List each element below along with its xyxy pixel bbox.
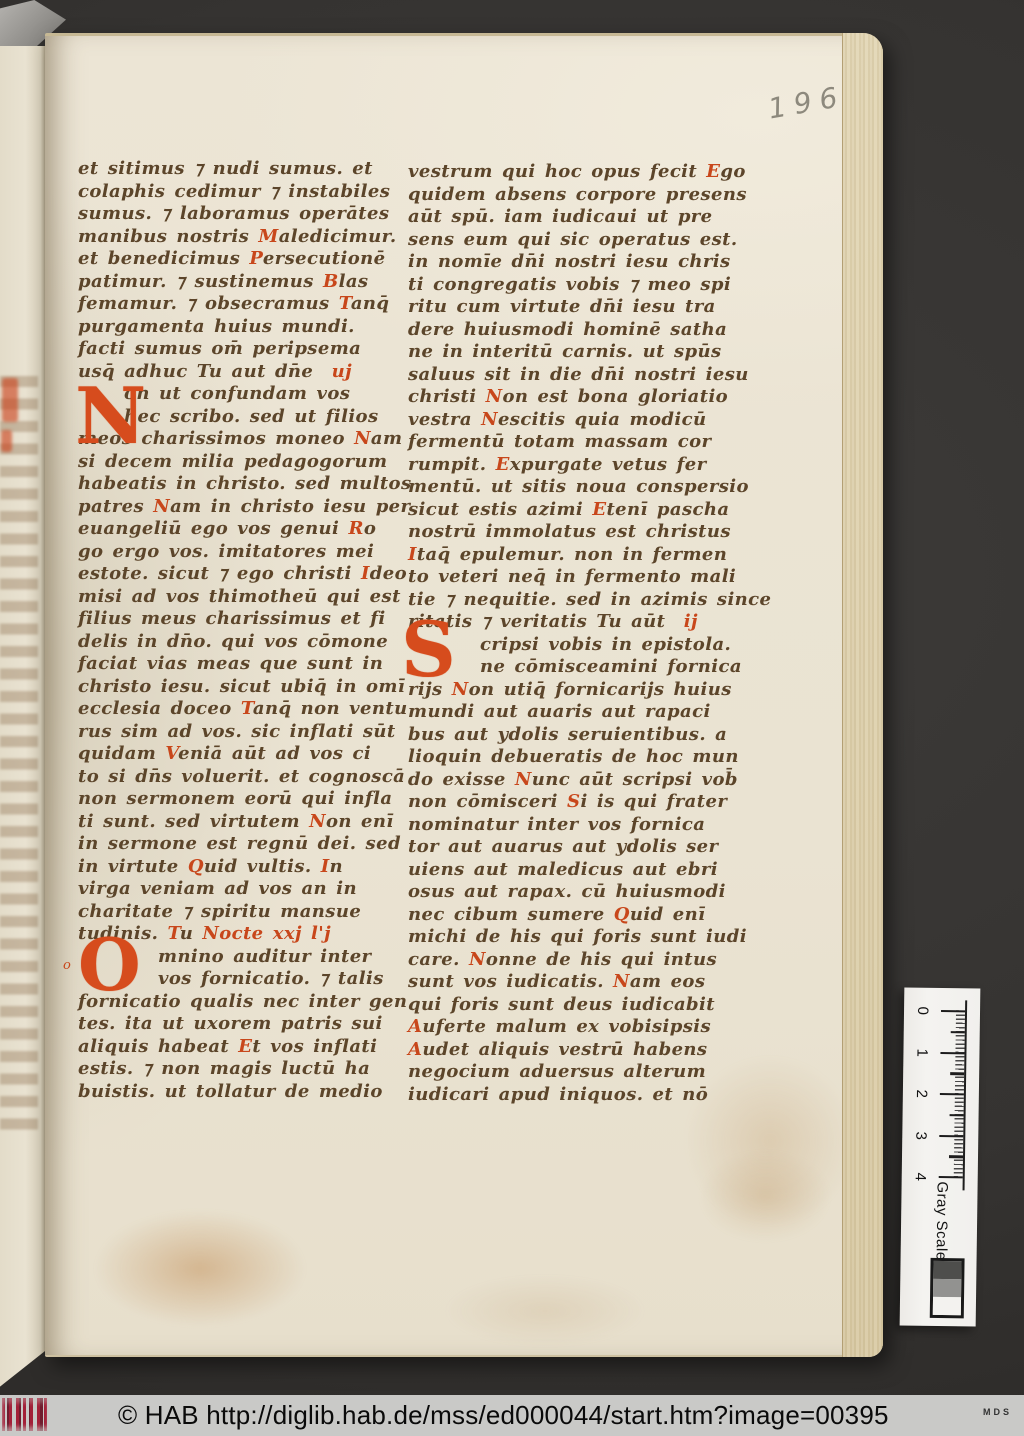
manuscript-line: saluus sit in die dn̄i nostri iesu (408, 364, 756, 387)
ink-text: in virtute (78, 856, 188, 877)
ink-text: rus sim ad vos. sic inflati sūt (78, 721, 396, 742)
rubric-text: R (348, 518, 363, 539)
ink-text: am eos (630, 971, 705, 992)
manuscript-line: tie ⁊ nequitie. sed in azimis since (408, 589, 756, 612)
ruler-tick-major (941, 1010, 965, 1013)
manuscript-line: in virtute Quid vultis. In (78, 856, 404, 879)
ink-text: iudicari apud iniquos. et nō (408, 1084, 708, 1105)
ink-text: ne in interitū carnis. ut spūs (408, 341, 721, 362)
manuscript-line: Itaq̄ epulemur. non in fermen (408, 544, 756, 567)
manuscript-line: nominatur inter vos fornica (408, 814, 756, 837)
parchment-stain (445, 1276, 645, 1346)
ink-text: escitis quia modicū (498, 409, 707, 430)
manuscript-line: iudicari apud iniquos. et nō (408, 1084, 756, 1107)
ink-text: charitate ⁊ spiritu mansue (78, 901, 361, 922)
ink-text: on enī (326, 811, 394, 832)
manuscript-line: virga veniam ad vos an in (78, 878, 404, 901)
ink-text: vestrum qui hoc opus fecit (408, 161, 706, 182)
ink-text: n (330, 856, 344, 877)
showthrough-rubric (1, 430, 12, 452)
ink-text: et sitimus ⁊ nudi sumus. et (78, 158, 373, 179)
ink-text: in nomīe dn̄i nostri iesu chris (408, 251, 731, 272)
ink-text: delis in dn̄o. qui vos cōmone (78, 631, 388, 652)
ink-text: in sermone est regnū dei. sed (78, 833, 401, 854)
ink-text: misi ad vos thimotheū qui est (78, 586, 401, 607)
manuscript-line: misi ad vos thimotheū qui est (78, 586, 404, 609)
ink-text: onne de his qui intus (486, 949, 717, 970)
ruler-tick-half (951, 1031, 965, 1034)
manuscript-line: ne cōmisceamini fornica (408, 656, 756, 679)
manuscript-line: estote. sicut ⁊ ego christi Ideo (78, 563, 404, 586)
ink-text: ecclesia doceo (78, 698, 241, 719)
manuscript-line: estis. ⁊ non magis luctū ha (78, 1058, 404, 1081)
manuscript-line: filius meus charissimus et fi (78, 608, 404, 631)
ruler-tick-major (940, 1051, 964, 1054)
manuscript-line: ne in interitū carnis. ut spūs (408, 341, 756, 364)
rubric-text: ij (684, 611, 698, 632)
manuscript-line: ecclesia doceo Tanq̄ non ventu (78, 698, 404, 721)
ink-text: cripsi vobis in epistola. (480, 634, 731, 655)
manuscript-line: rus sim ad vos. sic inflati sūt (78, 721, 404, 744)
ink-text: ti congregatis vobis ⁊ meo spi (408, 274, 731, 295)
ruler-tick-major (940, 1093, 964, 1096)
manuscript-line: uiens aut maledicus aut ebri (408, 859, 756, 882)
ink-text: go (720, 161, 745, 182)
parchment-stain (95, 1211, 305, 1326)
photo-canvas: 196 et sitimus ⁊ nudi sumus. etcolaphis … (0, 0, 1024, 1436)
gray-scale-card: 01234 Gray Scale (900, 987, 981, 1326)
ink-text: michi de his qui foris sunt iudi (408, 926, 747, 947)
rubric-text: Nocte xxj l'j (202, 923, 331, 944)
manuscript-line: go ergo vos. imitatores mei (78, 541, 404, 564)
manuscript-line: sicut estis azimi Etenī pascha (408, 499, 756, 522)
manuscript-line: do exisse Nunc aūt scripsi vob̄ (408, 769, 756, 792)
ink-text: femamur. ⁊ obsecramus (78, 293, 339, 314)
ruler-tick-half (950, 1114, 964, 1117)
ink-text: ti sunt. sed virtutem (78, 811, 309, 832)
manuscript-line: ti congregatis vobis ⁊ meo spi (408, 274, 756, 297)
ink-text: mnino auditur inter (158, 946, 371, 967)
drop-cap-initial: S (401, 618, 456, 683)
color-calibration-barcode (2, 1398, 49, 1431)
manuscript-line: facti sumus om̄ peripsema (78, 338, 404, 361)
manuscript-line: ritu cum virtute dn̄i iesu tra (408, 296, 756, 319)
rubric-text: A (408, 1039, 422, 1060)
ink-text: rumpit. (408, 454, 496, 475)
rubric-text: N (469, 949, 486, 970)
ink-text: nominatur inter vos fornica (408, 814, 705, 835)
manuscript-line: et benedicimus Persecutionē (78, 248, 404, 271)
manuscript-line: ritatis ⁊ veritatis Tu aūt ij (408, 611, 756, 634)
gray-scale-patch (933, 1297, 961, 1315)
ink-text: o (364, 518, 376, 539)
manuscript-line: delis in dn̄o. qui vos cōmone (78, 631, 404, 654)
manuscript-line: vestra Nescitis quia modicū (408, 409, 756, 432)
manuscript-line: manibus nostris Maledicimur. (78, 226, 404, 249)
ink-text: sunt vos iudicatis. (408, 971, 613, 992)
ink-text: aūt spū. iam iudicaui ut pre (408, 206, 713, 227)
manuscript-line: fermentū totam massam cor (408, 431, 756, 454)
ink-text: anq̄ (351, 293, 390, 314)
ink-text: vos fornicatio. ⁊ talis (158, 968, 384, 989)
manuscript-line: nostrū immolatus est christus (408, 521, 756, 544)
ink-text: tenī pascha (606, 499, 729, 520)
rubric-text: I (361, 563, 370, 584)
ink-text: ritu cum virtute dn̄i iesu tra (408, 296, 716, 317)
rubric-text: I (408, 544, 417, 565)
ink-text: uiens aut maledicus aut ebri (408, 859, 718, 880)
ink-text: nostrū immolatus est christus (408, 521, 731, 542)
ink-text: u (180, 923, 203, 944)
ink-text: purgamenta huius mundi. (78, 316, 355, 337)
manuscript-line: aliquis habeat Et vos inflati (78, 1036, 404, 1059)
gray-scale-patch (933, 1279, 961, 1297)
ink-text: i is qui frater (580, 791, 727, 812)
ruler-tick-label: 4 (911, 1168, 929, 1186)
scanner-mark: MDS (983, 1407, 1012, 1417)
ink-text: unc aūt scripsi vob̄ (532, 769, 738, 790)
ink-text: patres (78, 496, 153, 517)
drop-cap-initial: N (75, 384, 146, 450)
manuscript-line: patres Nam in christo iesu per (78, 496, 404, 519)
manuscript-line: et sitimus ⁊ nudi sumus. et (78, 158, 404, 181)
ink-text: saluus sit in die dn̄i nostri iesu (408, 364, 749, 385)
manuscript-line: michi de his qui foris sunt iudi (408, 926, 756, 949)
manuscript-line: vestrum qui hoc opus fecit Ego (408, 161, 756, 184)
rubric-text: Q (614, 904, 630, 925)
ruler-tick-label: 0 (913, 1002, 931, 1020)
ink-text: anq̄ non ventu (253, 698, 408, 719)
source-caption: © HAB http://diglib.hab.de/mss/ed000044/… (118, 1395, 889, 1436)
rubric-text: E (496, 454, 510, 475)
facing-page-edge (0, 46, 46, 1392)
ink-text: estote. sicut ⁊ ego christi (78, 563, 361, 584)
manuscript-line: rijs Non utiq̄ fornicarijs huius (408, 679, 756, 702)
manuscript-line: Auferte malum ex vobisipsis (408, 1016, 756, 1039)
ruler-tick-label: 3 (911, 1126, 929, 1144)
manuscript-line: lioquin debueratis de hoc mun (408, 746, 756, 769)
ink-text: faciat vias meas que sunt in (78, 653, 383, 674)
rubric-text: T (241, 698, 253, 719)
rubric-text: A (408, 1016, 422, 1037)
ink-text: christi (408, 386, 486, 407)
ink-text: vestra (408, 409, 481, 430)
ink-text: am in christo iesu per (170, 496, 410, 517)
showthrough-text (0, 376, 38, 1136)
rubric-text: uj (332, 361, 352, 382)
ink-text: hec scribo. sed ut filios (124, 406, 379, 427)
ink-text: lioquin debueratis de hoc mun (408, 746, 739, 767)
rubric-text: N (481, 409, 498, 430)
rubric-text: N (354, 428, 371, 449)
ink-text: quidam (78, 743, 165, 764)
rubric-text: I (321, 856, 330, 877)
ink-text: facti sumus om̄ peripsema (78, 338, 361, 359)
ink-text: colaphis cedimur ⁊ instabiles (78, 181, 390, 202)
ink-text: dere huiusmodi hominē satha (408, 319, 727, 340)
ink-text: sens eum qui sic operatus est. (408, 229, 738, 250)
ink-text: las (339, 271, 369, 292)
rubric-text: T (339, 293, 351, 314)
ink-text: osus aut rapax. cū huiusmodi (408, 881, 726, 902)
ink-text: t vos inflati (252, 1036, 377, 1057)
folio-number-pencil: 196 (766, 80, 848, 126)
ink-text: ersecutionē (263, 248, 386, 269)
ink-text: qui foris sunt deus iudicabit (408, 994, 715, 1015)
manuscript-line: nec cibum sumere Quid enī (408, 904, 756, 927)
manuscript-line: in nomīe dn̄i nostri iesu chris (408, 251, 756, 274)
ink-text: on utiq̄ fornicarijs huius (469, 679, 732, 700)
manuscript-line: care. Nonne de his qui intus (408, 949, 756, 972)
ink-text: bus aut ydolis seruientibus. a (408, 724, 727, 745)
rubric-text: B (323, 271, 339, 292)
ink-text: deo (370, 563, 407, 584)
ink-text: christo iesu. sicut ubiq̄ in omī (78, 676, 405, 697)
manuscript-line: non sermonem eorū qui infla (78, 788, 404, 811)
showthrough-rubric (2, 378, 18, 422)
manuscript-line: in sermone est regnū dei. sed (78, 833, 404, 856)
manuscript-line: ti sunt. sed virtutem Non enī (78, 811, 404, 834)
ink-text: taq̄ epulemur. non in fermen (417, 544, 727, 565)
ink-text: nec cibum sumere (408, 904, 614, 925)
manuscript-line: to si dn̄s voluerit. et cognoscā (78, 766, 404, 789)
ink-text: mundi aut auaris aut rapaci (408, 701, 711, 722)
ruler-tick-major (939, 1134, 963, 1137)
ink-text: filius meus charissimus et fi (78, 608, 386, 629)
manuscript-line: buistis. ut tollatur de medio (78, 1081, 404, 1104)
rubric-text: P (249, 248, 262, 269)
manuscript-line: euangeliū ego vos genui Ro (78, 518, 404, 541)
rubric-text: N (486, 386, 503, 407)
text-column-right: vestrum qui hoc opus fecit Egoquidem abs… (408, 161, 756, 1106)
rubric-text: E (706, 161, 720, 182)
ink-text: eniā aūt ad vos ci (178, 743, 371, 764)
manuscript-line: quidam Veniā aūt ad vos ci (78, 743, 404, 766)
caption-bar: © HAB http://diglib.hab.de/mss/ed000044/… (0, 1395, 1024, 1436)
ink-text: udet aliquis vestrū habens (422, 1039, 707, 1060)
rubric-text: N (153, 496, 170, 517)
manuscript-line: rumpit. Expurgate vetus fer (408, 454, 756, 477)
manuscript-line: qui foris sunt deus iudicabit (408, 994, 756, 1017)
ink-text: uferte malum ex vobisipsis (422, 1016, 711, 1037)
ink-text: euangeliū ego vos genui (78, 518, 348, 539)
rubric-text: N (309, 811, 326, 832)
ink-text: manibus nostris (78, 226, 258, 247)
ruler-tick-label: 2 (912, 1085, 930, 1103)
ink-text: negocium aduersus alterum (408, 1061, 706, 1082)
rubric-text: N (613, 971, 630, 992)
ink-text: to veteri neq̄ in fermento mali (408, 566, 736, 587)
manuscript-line: bus aut ydolis seruientibus. a (408, 724, 756, 747)
ink-text: am (371, 428, 403, 449)
ink-text: non sermonem eorū qui infla (78, 788, 392, 809)
manuscript-line: cripsi vobis in epistola. (408, 634, 756, 657)
ink-text: uid enī (630, 904, 705, 925)
ink-text: patimur. ⁊ sustinemus (78, 271, 323, 292)
manuscript-line: charitate ⁊ spiritu mansue (78, 901, 404, 924)
manuscript-line: aūt spū. iam iudicaui ut pre (408, 206, 756, 229)
ink-text: non cōmisceri (408, 791, 567, 812)
manuscript-line: sumus. ⁊ laboramus operātes (78, 203, 404, 226)
manuscript-line: mentū. ut sitis noua conspersio (408, 476, 756, 499)
manuscript-line: femamur. ⁊ obsecramus Tanq̄ (78, 293, 404, 316)
manuscript-line: habeatis in christo. sed multos (78, 473, 404, 496)
parchment-stain (700, 1151, 830, 1241)
rubric-text: N (515, 769, 532, 790)
ink-text: care. (408, 949, 469, 970)
manuscript-line: sunt vos iudicatis. Nam eos (408, 971, 756, 994)
ink-text: aliquis habeat (78, 1036, 238, 1057)
ink-text: uid vultis. (204, 856, 321, 877)
ink-text: sicut estis azimi (408, 499, 592, 520)
ink-text: ne cōmisceamini fornica (480, 656, 742, 677)
ink-text: estis. ⁊ non magis luctū ha (78, 1058, 370, 1079)
rubric-text: T (168, 923, 180, 944)
ink-text: on ut confundam vos (124, 383, 350, 404)
rubric-text: M (258, 226, 278, 247)
ink-text: habeatis in christo. sed multos (78, 473, 412, 494)
gray-scale-patch (933, 1261, 961, 1279)
manuscript-line: osus aut rapax. cū huiusmodi (408, 881, 756, 904)
ink-text: buistis. ut tollatur de medio (78, 1081, 383, 1102)
ink-text: xpurgate vetus fer (510, 454, 707, 475)
manuscript-line: patimur. ⁊ sustinemus Blas (78, 271, 404, 294)
manuscript-line: quidem absens corpore presens (408, 184, 756, 207)
ink-text: to si dn̄s voluerit. et cognoscā (78, 766, 405, 787)
gray-scale-patches (930, 1258, 965, 1318)
ink-text: on est bona gloriatio (502, 386, 728, 407)
ink-text: et benedicimus (78, 248, 249, 269)
ink-text: mentū. ut sitis noua conspersio (408, 476, 749, 497)
manuscript-line: faciat vias meas que sunt in (78, 653, 404, 676)
manuscript-line: non cōmisceri Si is qui frater (408, 791, 756, 814)
manuscript-line: christi Non est bona gloriatio (408, 386, 756, 409)
ink-text: quidem absens corpore presens (408, 184, 747, 205)
ink-text: virga veniam ad vos an in (78, 878, 357, 899)
rubric-text: E (238, 1036, 252, 1057)
ink-text: fermentū totam massam cor (408, 431, 711, 452)
manuscript-line: tes. ita ut uxorem patris sui (78, 1013, 404, 1036)
rubric-text: S (567, 791, 580, 812)
ink-text: do exisse (408, 769, 515, 790)
ruler-ticks: 01234 (904, 987, 980, 988)
manuscript-line: colaphis cedimur ⁊ instabiles (78, 181, 404, 204)
manuscript-line: negocium aduersus alterum (408, 1061, 756, 1084)
ink-text: aledicimur. (279, 226, 397, 247)
ink-text: tor aut auarus aut ydolis ser (408, 836, 718, 857)
ink-text: sumus. ⁊ laboramus operātes (78, 203, 389, 224)
rubric-text: V (165, 743, 178, 764)
rubric-text: Q (188, 856, 204, 877)
manuscript-line: christo iesu. sicut ubiq̄ in omī (78, 676, 404, 699)
manuscript-line: Audet aliquis vestrū habens (408, 1039, 756, 1062)
manuscript-line: purgamenta huius mundi. (78, 316, 404, 339)
rubric-text: E (592, 499, 606, 520)
marginal-guide-letter: o (63, 958, 71, 973)
ruler-tick-half (949, 1155, 963, 1158)
ink-text: tes. ita ut uxorem patris sui (78, 1013, 383, 1034)
manuscript-line: to veteri neq̄ in fermento mali (408, 566, 756, 589)
ink-text: go ergo vos. imitatores mei (78, 541, 374, 562)
manuscript-line: tor aut auarus aut ydolis ser (408, 836, 756, 859)
manuscript-line: dere huiusmodi hominē satha (408, 319, 756, 342)
manuscript-page: 196 et sitimus ⁊ nudi sumus. etcolaphis … (45, 33, 883, 1357)
ruler-tick-half (950, 1072, 964, 1075)
ruler-tick-label: 1 (912, 1043, 930, 1061)
ink-text: tie ⁊ nequitie. sed in azimis since (408, 589, 771, 610)
drop-cap-initial: O (78, 934, 141, 995)
manuscript-line: mundi aut auaris aut rapaci (408, 701, 756, 724)
page-edges (842, 33, 883, 1357)
manuscript-line: sens eum qui sic operatus est. (408, 229, 756, 252)
